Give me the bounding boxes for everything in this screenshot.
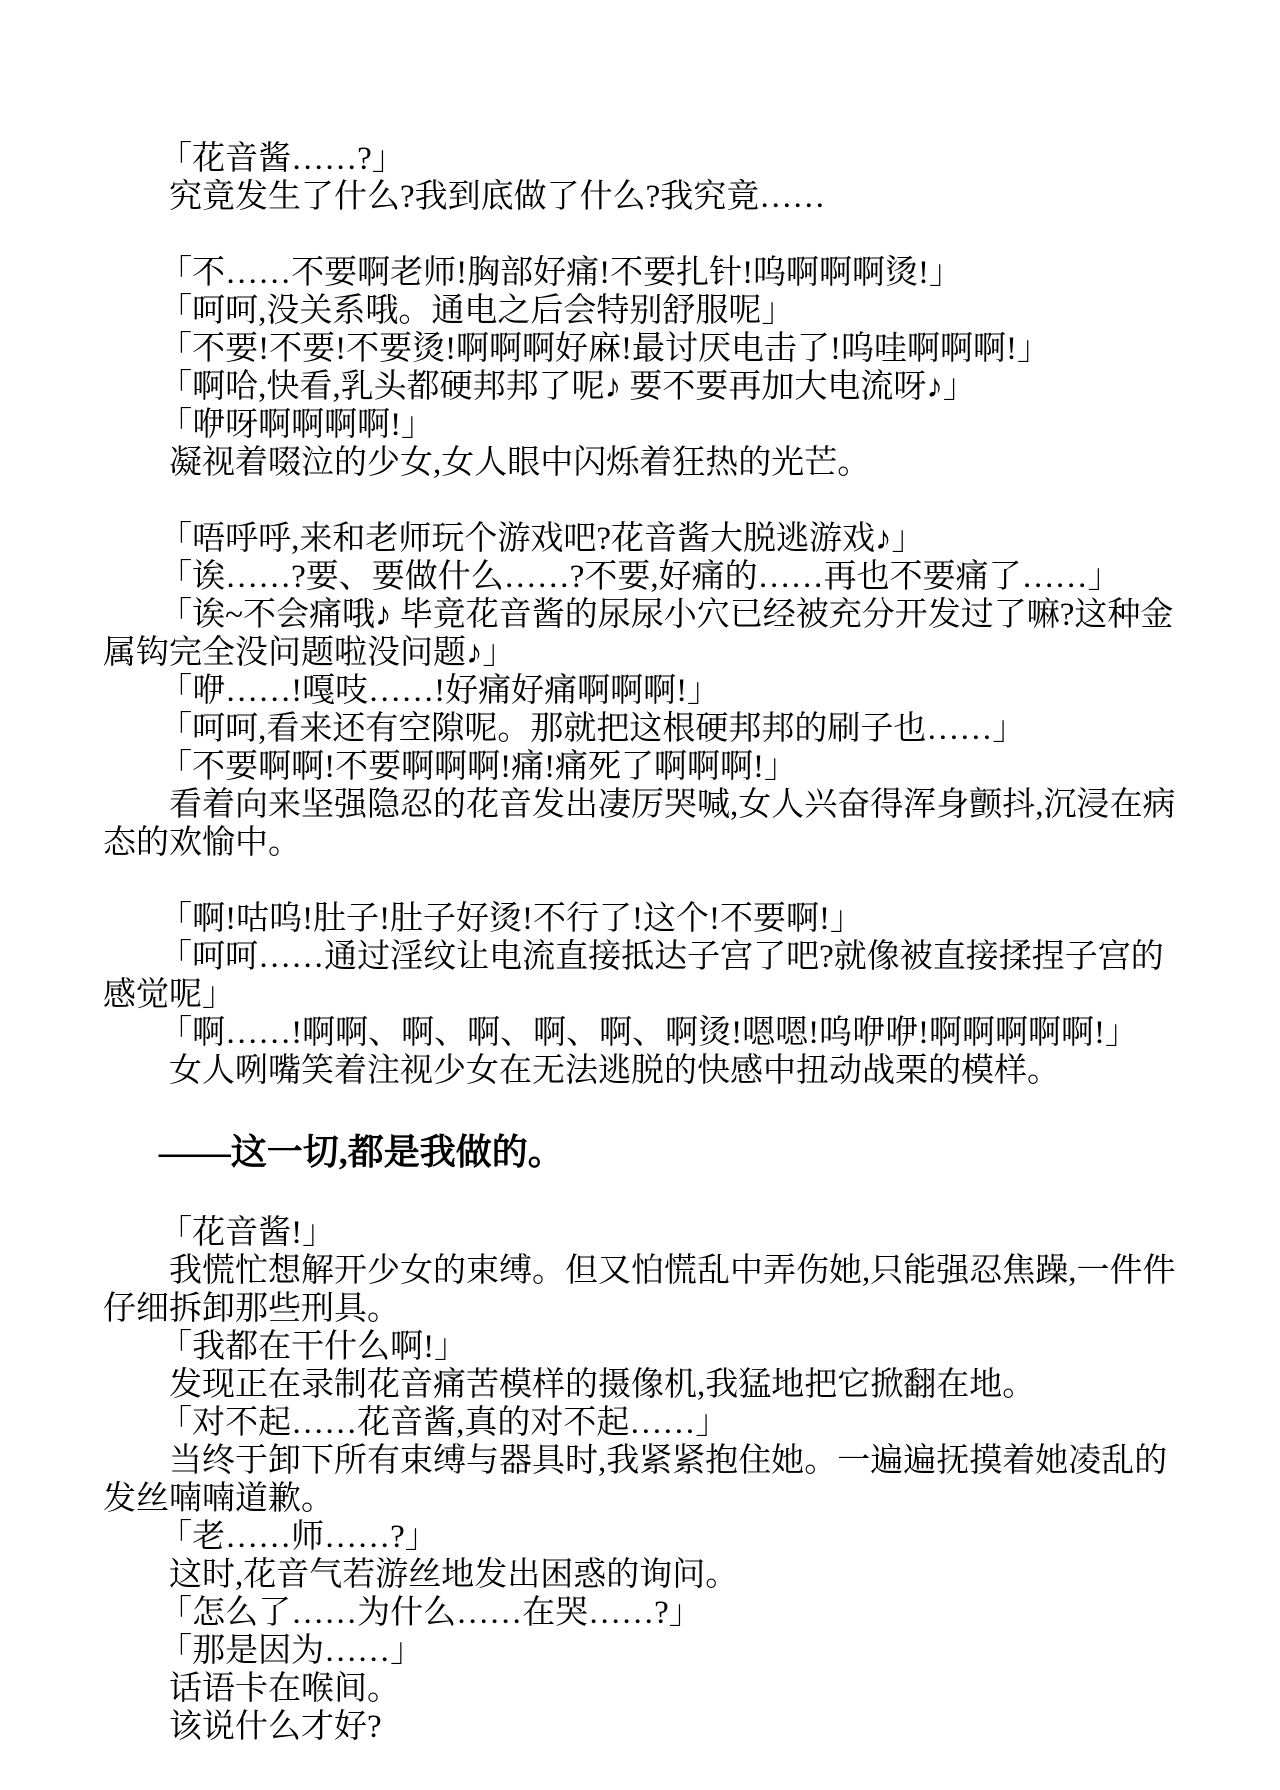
narration-line: 发现正在录制花音痛苦模样的摄像机,我猛地把它掀翻在地。 [103, 1366, 1183, 1404]
narration-line: 这时,花音气若游丝地发出困惑的询问。 [103, 1556, 1183, 1594]
dialogue-line: 「那是因为……」 [103, 1632, 1183, 1670]
dialogue-line: 「诶……?要、要做什么……?不要,好痛的……再也不要痛了……」 [103, 558, 1183, 596]
dialogue-line: 「不要啊啊!不要啊啊啊!痛!痛死了啊啊啊!」 [103, 748, 1183, 786]
dialogue-line: 「啊!咕呜!肚子!肚子好烫!不行了!这个!不要啊!」 [103, 900, 1183, 938]
dialogue-line: 「老……师……?」 [103, 1518, 1183, 1556]
dialogue-line: 「咿……!嘎吱……!好痛好痛啊啊啊!」 [103, 672, 1183, 710]
blank-line [103, 482, 1183, 520]
dialogue-line: 「啊……!啊啊、啊、啊、啊、啊、啊烫!嗯嗯!呜咿咿!啊啊啊啊啊!」 [103, 1014, 1183, 1052]
dialogue-line: 「诶~不会痛哦♪ 毕竟花音酱的尿尿小穴已经被充分开发过了嘛?这种金属钩完全没问题… [103, 596, 1183, 672]
narration-line: 究竟发生了什么?我到底做了什么?我究竟…… [103, 178, 1183, 216]
dialogue-line: 「呵呵,没关系哦。通电之后会特别舒服呢」 [103, 292, 1183, 330]
narration-line: 女人咧嘴笑着注视少女在无法逃脱的快感中扭动战栗的模样。 [103, 1052, 1183, 1090]
narration-line: 我慌忙想解开少女的束缚。但又怕慌乱中弄伤她,只能强忍焦躁,一件件仔细拆卸那些刑具… [103, 1252, 1183, 1328]
narration-line: 凝视着啜泣的少女,女人眼中闪烁着狂热的光芒。 [103, 444, 1183, 482]
dialogue-line: 「咿呀啊啊啊啊!」 [103, 406, 1183, 444]
dialogue-line: 「呵呵,看来还有空隙呢。那就把这根硬邦邦的刷子也……」 [103, 710, 1183, 748]
narration-line: 该说什么才好? [103, 1708, 1183, 1746]
dialogue-line: 「不要!不要!不要烫!啊啊啊好麻!最讨厌电击了!呜哇啊啊啊!」 [103, 330, 1183, 368]
dialogue-line: 「啊哈,快看,乳头都硬邦邦了呢♪ 要不要再加大电流呀♪」 [103, 368, 1183, 406]
blank-line [103, 1176, 1183, 1214]
blank-line [103, 216, 1183, 254]
narration-line: 话语卡在喉间。 [103, 1670, 1183, 1708]
blank-line [103, 862, 1183, 900]
novel-page: 「花音酱……?」 究竟发生了什么?我到底做了什么?我究竟…… 「不……不要啊老师… [0, 0, 1280, 1790]
dialogue-line: 「唔呼呼,来和老师玩个游戏吧?花音酱大脱逃游戏♪」 [103, 520, 1183, 558]
dialogue-line: 「花音酱!」 [103, 1214, 1183, 1252]
blank-line [103, 1090, 1183, 1128]
narration-line: 当终于卸下所有束缚与器具时,我紧紧抱住她。一遍遍抚摸着她凌乱的发丝喃喃道歉。 [103, 1442, 1183, 1518]
dialogue-line: 「我都在干什么啊!」 [103, 1328, 1183, 1366]
dialogue-line: 「怎么了……为什么……在哭……?」 [103, 1594, 1183, 1632]
dialogue-line: 「呵呵……通过淫纹让电流直接抵达子宫了吧?就像被直接揉捏子宫的感觉呢」 [103, 938, 1183, 1014]
narration-line: 看着向来坚强隐忍的花音发出凄厉哭喊,女人兴奋得浑身颤抖,沉浸在病态的欢愉中。 [103, 786, 1183, 862]
dialogue-line: 「对不起……花音酱,真的对不起……」 [103, 1404, 1183, 1442]
emphasis-line: ——这一切,都是我做的。 [103, 1128, 1183, 1176]
dialogue-line: 「不……不要啊老师!胸部好痛!不要扎针!呜啊啊啊烫!」 [103, 254, 1183, 292]
dialogue-line: 「花音酱……?」 [103, 140, 1183, 178]
